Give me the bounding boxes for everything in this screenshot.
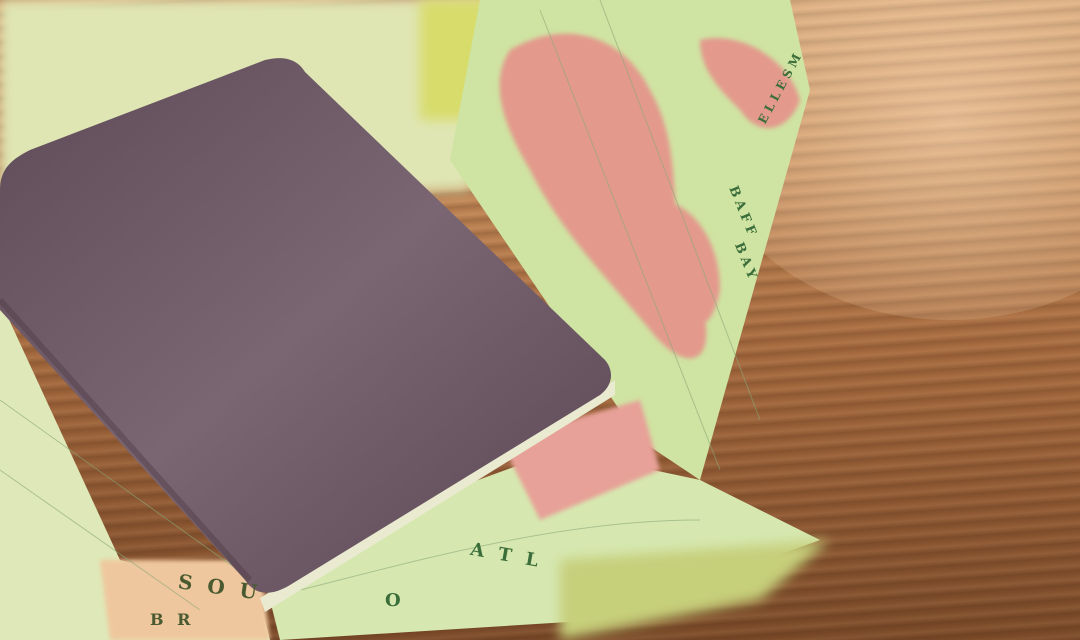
photo-scene: ELLESM BAFF BAY A T L O S O U B R (0, 0, 1080, 640)
map-label-ocean: O (385, 590, 405, 611)
map-label-brazil: B R (150, 610, 194, 629)
map-envelope (0, 0, 1080, 640)
